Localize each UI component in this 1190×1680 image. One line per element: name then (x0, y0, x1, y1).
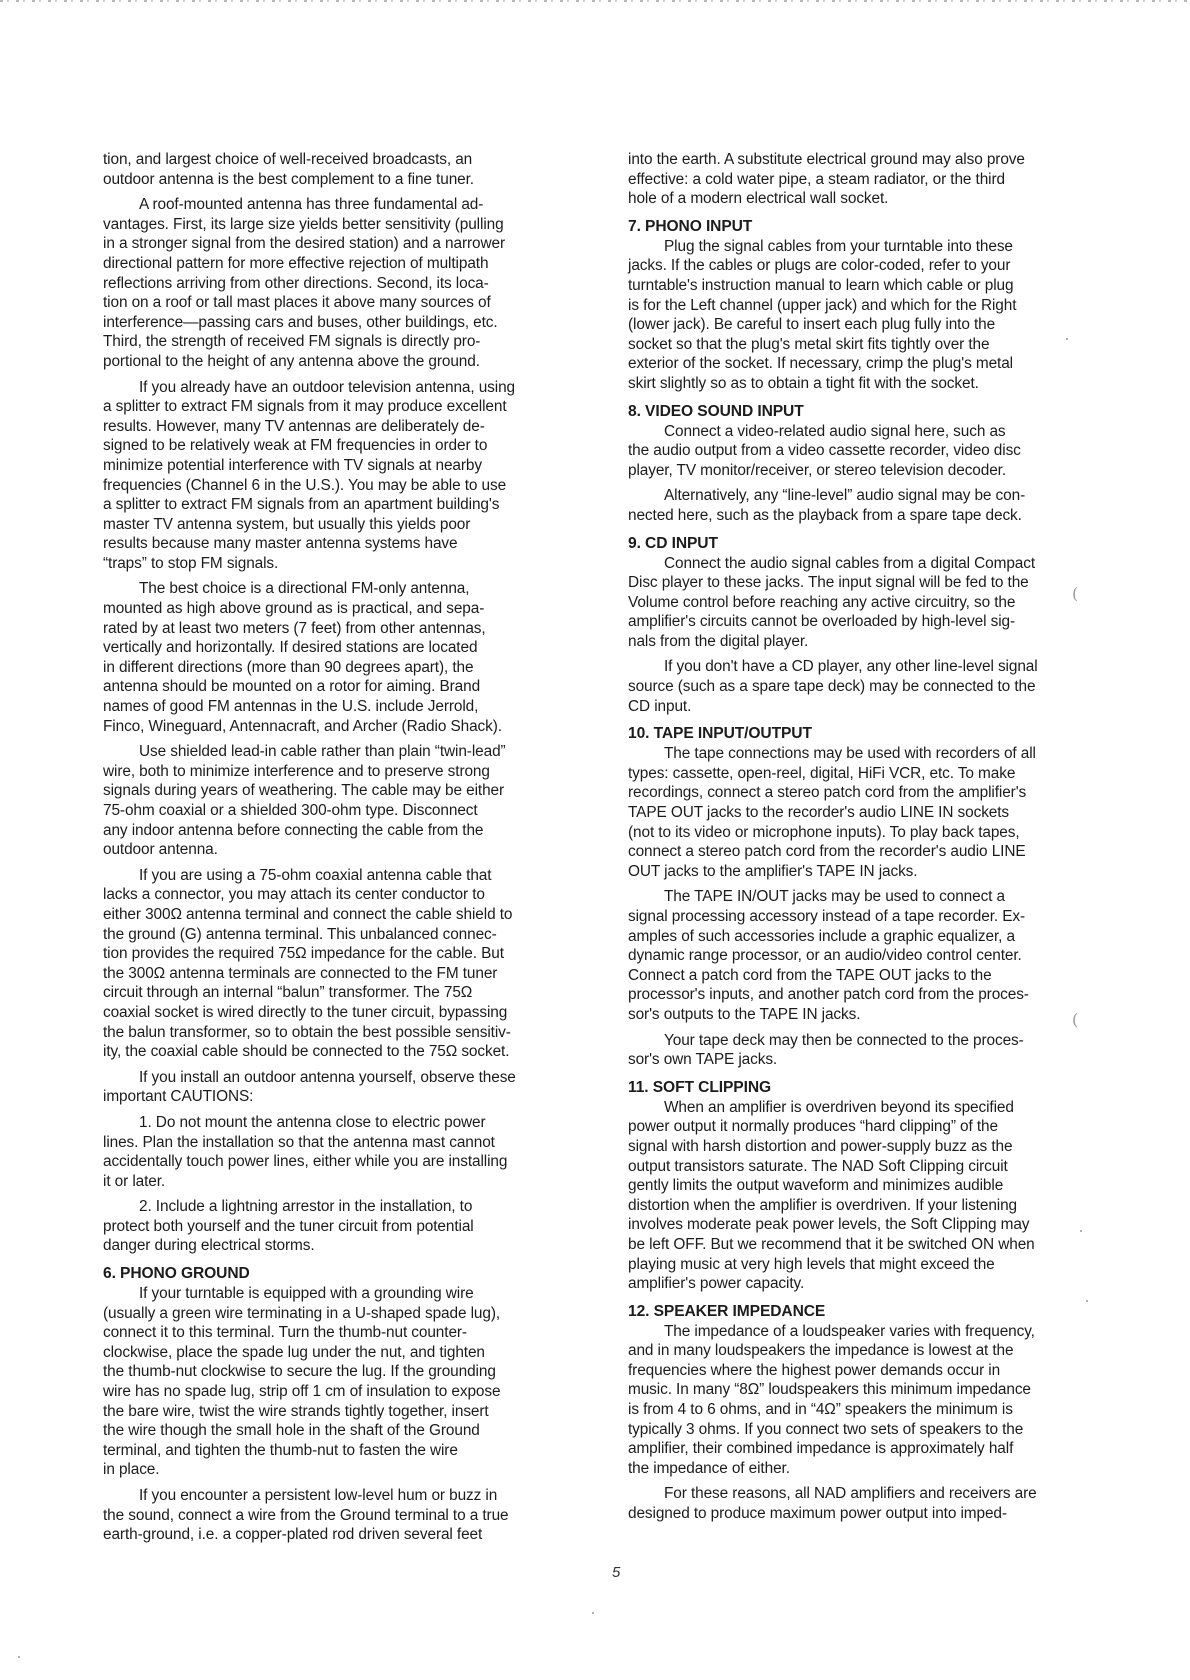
text-line: circuit through an internal “balun” tran… (103, 983, 593, 1003)
scan-speck (1066, 338, 1068, 340)
text-line: master TV antenna system, but usually th… (103, 515, 593, 535)
text-line: in a stronger signal from the desired st… (103, 234, 593, 254)
text-line: The impedance of a loudspeaker varies wi… (628, 1322, 1108, 1342)
text-line: Alternatively, any “line-level” audio si… (628, 486, 1108, 506)
section: 12. SPEAKER IMPEDANCEThe impedance of a … (628, 1302, 1108, 1524)
text-line: types: cassette, open-reel, digital, HiF… (628, 764, 1108, 784)
text-line: reflections arriving from other directio… (103, 274, 593, 294)
section: 8. VIDEO SOUND INPUTConnect a video-rela… (628, 402, 1108, 526)
text-line: the bare wire, twist the wire strands ti… (103, 1402, 593, 1422)
right-column: into the earth. A substitute electrical … (628, 150, 1108, 1532)
text-line: Connect a patch cord from the TAPE OUT j… (628, 966, 1108, 986)
text-line: Third, the strength of received FM signa… (103, 332, 593, 352)
text-line: sor's own TAPE jacks. (628, 1050, 1108, 1070)
text-line: be left OFF. But we recommend that it be… (628, 1235, 1108, 1255)
margin-mark: ( (1072, 584, 1078, 603)
text-line: wire, both to minimize interference and … (103, 762, 593, 782)
text-line: earth-ground, i.e. a copper-plated rod d… (103, 1525, 593, 1545)
text-line: gently limits the output waveform and mi… (628, 1176, 1108, 1196)
text-line: the sound, connect a wire from the Groun… (103, 1506, 593, 1526)
text-line: Your tape deck may then be connected to … (628, 1031, 1108, 1051)
text-line: names of good FM antennas in the U.S. in… (103, 697, 593, 717)
text-line: antenna should be mounted on a rotor for… (103, 677, 593, 697)
text-line: recordings, connect a stereo patch cord … (628, 783, 1108, 803)
text-line: the 300Ω antenna terminals are connected… (103, 964, 593, 984)
paragraph: If you encounter a persistent low-level … (103, 1486, 593, 1545)
section-heading: 11. SOFT CLIPPING (628, 1078, 1108, 1097)
text-line: player, TV monitor/receiver, or stereo t… (628, 461, 1108, 481)
text-line: connect a stereo patch cord from the rec… (628, 842, 1108, 862)
section: 7. PHONO INPUTPlug the signal cables fro… (628, 217, 1108, 394)
text-line: results because many master antenna syst… (103, 534, 593, 554)
text-line: amplifier's power capacity. (628, 1274, 1108, 1294)
text-line: power output it normally produces “hard … (628, 1117, 1108, 1137)
text-line: lacks a connector, you may attach its ce… (103, 885, 593, 905)
paragraph: The tape connections may be used with re… (628, 744, 1108, 881)
text-line: is from 4 to 6 ohms, and in “4Ω” speaker… (628, 1400, 1108, 1420)
text-line: If you don't have a CD player, any other… (628, 657, 1108, 677)
section-heading: 7. PHONO INPUT (628, 217, 1108, 236)
paragraph: into the earth. A substitute electrical … (628, 150, 1108, 209)
text-line: The tape connections may be used with re… (628, 744, 1108, 764)
text-line: 1. Do not mount the antenna close to ele… (103, 1113, 593, 1133)
text-line: frequencies where the highest power dema… (628, 1361, 1108, 1381)
text-line: accidentally touch power lines, either w… (103, 1152, 593, 1172)
scan-speck (1086, 1300, 1088, 1302)
text-line: skirt slightly so as to obtain a tight f… (628, 374, 1108, 394)
paragraph: Alternatively, any “line-level” audio si… (628, 486, 1108, 525)
text-line: Connect the audio signal cables from a d… (628, 554, 1108, 574)
text-line: outdoor antenna is the best complement t… (103, 170, 593, 190)
text-line: tion provides the required 75Ω impedance… (103, 944, 593, 964)
paragraph: If you already have an outdoor televisio… (103, 378, 593, 574)
text-line: wire has no spade lug, strip off 1 cm of… (103, 1382, 593, 1402)
section: 10. TAPE INPUT/OUTPUTThe tape connection… (628, 724, 1108, 1070)
text-line: directional pattern for more effective r… (103, 254, 593, 274)
text-line: connect it to this terminal. Turn the th… (103, 1323, 593, 1343)
text-line: distortion when the amplifier is overdri… (628, 1196, 1108, 1216)
margin-mark: ( (1072, 1010, 1078, 1029)
left-column: tion, and largest choice of well-receive… (103, 150, 593, 1553)
text-line: ity, the coaxial cable should be connect… (103, 1042, 593, 1062)
text-line: outdoor antenna. (103, 840, 593, 860)
text-line: portional to the height of any antenna a… (103, 352, 593, 372)
paragraph: For these reasons, all NAD amplifiers an… (628, 1484, 1108, 1523)
text-line: If you install an outdoor antenna yourse… (103, 1068, 593, 1088)
paragraph: Your tape deck may then be connected to … (628, 1031, 1108, 1070)
text-line: When an amplifier is overdriven beyond i… (628, 1098, 1108, 1118)
section: 9. CD INPUTConnect the audio signal cabl… (628, 534, 1108, 717)
text-line: sor's outputs to the TAPE IN jacks. (628, 1005, 1108, 1025)
text-line: socket so that the plug's metal skirt fi… (628, 335, 1108, 355)
text-line: in different directions (more than 90 de… (103, 658, 593, 678)
paragraph: A roof-mounted antenna has three fundame… (103, 195, 593, 371)
text-line: output transistors saturate. The NAD Sof… (628, 1157, 1108, 1177)
section-heading: 9. CD INPUT (628, 534, 1108, 553)
text-line: involves moderate peak power levels, the… (628, 1215, 1108, 1235)
text-line: the balun transformer, so to obtain the … (103, 1023, 593, 1043)
text-line: playing music at very high levels that m… (628, 1255, 1108, 1275)
paragraph: Use shielded lead-in cable rather than p… (103, 742, 593, 860)
text-line: lines. Plan the installation so that the… (103, 1133, 593, 1153)
text-line: If you are using a 75-ohm coaxial antenn… (103, 866, 593, 886)
text-line: in place. (103, 1460, 593, 1480)
text-line: jacks. If the cables or plugs are color-… (628, 256, 1108, 276)
text-line: the impedance of either. (628, 1459, 1108, 1479)
text-line: 2. Include a lightning arrestor in the i… (103, 1197, 593, 1217)
text-line: amplifier's circuits cannot be overloade… (628, 612, 1108, 632)
paragraph: tion, and largest choice of well-receive… (103, 150, 593, 189)
scan-speck (1080, 1230, 1082, 1232)
text-line: turntable's instruction manual to learn … (628, 276, 1108, 296)
text-line: signals during years of weathering. The … (103, 781, 593, 801)
text-line: Connect a video-related audio signal her… (628, 422, 1108, 442)
text-line: If you encounter a persistent low-level … (103, 1486, 593, 1506)
section: 11. SOFT CLIPPINGWhen an amplifier is ov… (628, 1078, 1108, 1294)
text-line: any indoor antenna before connecting the… (103, 821, 593, 841)
text-line: 75-ohm coaxial or a shielded 300-ohm typ… (103, 801, 593, 821)
text-line: For these reasons, all NAD amplifiers an… (628, 1484, 1108, 1504)
text-line: the ground (G) antenna terminal. This un… (103, 925, 593, 945)
text-line: is for the Left channel (upper jack) and… (628, 296, 1108, 316)
text-line: mounted as high above ground as is pract… (103, 599, 593, 619)
text-line: Volume control before reaching any activ… (628, 593, 1108, 613)
text-line: Use shielded lead-in cable rather than p… (103, 742, 593, 762)
scan-speck (18, 1656, 20, 1658)
text-line: If you already have an outdoor televisio… (103, 378, 593, 398)
text-line: amples of such accessories include a gra… (628, 927, 1108, 947)
section-heading: 6. PHONO GROUND (103, 1264, 593, 1283)
text-line: amplifier, their combined impedance is a… (628, 1439, 1108, 1459)
text-line: signed to be relatively weak at FM frequ… (103, 436, 593, 456)
text-line: Finco, Wineguard, Antennacraft, and Arch… (103, 717, 593, 737)
text-line: it or later. (103, 1172, 593, 1192)
text-line: (not to its video or microphone inputs).… (628, 823, 1108, 843)
text-line: tion on a roof or tall mast places it ab… (103, 293, 593, 313)
paragraph: 1. Do not mount the antenna close to ele… (103, 1113, 593, 1191)
text-line: danger during electrical storms. (103, 1236, 593, 1256)
page-number: 5 (612, 1564, 620, 1581)
section-heading: 10. TAPE INPUT/OUTPUT (628, 724, 1108, 743)
text-line: into the earth. A substitute electrical … (628, 150, 1108, 170)
text-line: (lower jack). Be careful to insert each … (628, 315, 1108, 335)
text-line: nected here, such as the playback from a… (628, 506, 1108, 526)
text-line: “traps” to stop FM signals. (103, 554, 593, 574)
text-line: minimize potential interference with TV … (103, 456, 593, 476)
text-line: typically 3 ohms. If you connect two set… (628, 1420, 1108, 1440)
paragraph: The best choice is a directional FM-only… (103, 579, 593, 736)
section-heading: 12. SPEAKER IMPEDANCE (628, 1302, 1108, 1321)
text-line: If your turntable is equipped with a gro… (103, 1284, 593, 1304)
text-line: dynamic range processor, or an audio/vid… (628, 946, 1108, 966)
paragraph: If you don't have a CD player, any other… (628, 657, 1108, 716)
text-line: The TAPE IN/OUT jacks may be used to con… (628, 887, 1108, 907)
text-line: source (such as a spare tape deck) may b… (628, 677, 1108, 697)
text-line: important CAUTIONS: (103, 1087, 593, 1107)
text-line: processor's inputs, and another patch co… (628, 985, 1108, 1005)
text-line: coaxial socket is wired directly to the … (103, 1003, 593, 1023)
scan-speck (592, 1612, 594, 1614)
text-line: designed to produce maximum power output… (628, 1504, 1108, 1524)
paragraph: The impedance of a loudspeaker varies wi… (628, 1322, 1108, 1479)
text-line: either 300Ω antenna terminal and connect… (103, 905, 593, 925)
paragraph: 2. Include a lightning arrestor in the i… (103, 1197, 593, 1256)
text-line: TAPE OUT jacks to the recorder's audio L… (628, 803, 1108, 823)
text-line: the wire though the small hole in the sh… (103, 1421, 593, 1441)
text-line: Plug the signal cables from your turntab… (628, 237, 1108, 257)
paragraph: Connect the audio signal cables from a d… (628, 554, 1108, 652)
section: 6. PHONO GROUNDIf your turntable is equi… (103, 1264, 593, 1545)
text-line: the thumb-nut clockwise to secure the lu… (103, 1362, 593, 1382)
text-line: Disc player to these jacks. The input si… (628, 573, 1108, 593)
text-line: effective: a cold water pipe, a steam ra… (628, 170, 1108, 190)
scan-edge-artifact (0, 0, 1190, 2)
text-line: terminal, and tighten the thumb-nut to f… (103, 1441, 593, 1461)
paragraph: The TAPE IN/OUT jacks may be used to con… (628, 887, 1108, 1024)
text-line: results. However, many TV antennas are d… (103, 417, 593, 437)
text-line: signal processing accessory instead of a… (628, 907, 1108, 927)
text-line: interference—passing cars and buses, oth… (103, 313, 593, 333)
text-line: vertically and horizontally. If desired … (103, 638, 593, 658)
section-heading: 8. VIDEO SOUND INPUT (628, 402, 1108, 421)
text-line: CD input. (628, 697, 1108, 717)
text-line: (usually a green wire terminating in a U… (103, 1304, 593, 1324)
text-line: music. In many “8Ω” loudspeakers this mi… (628, 1380, 1108, 1400)
text-line: The best choice is a directional FM-only… (103, 579, 593, 599)
paragraph: If your turntable is equipped with a gro… (103, 1284, 593, 1480)
text-line: a splitter to extract FM signals from it… (103, 397, 593, 417)
text-line: vantages. First, its large size yields b… (103, 215, 593, 235)
paragraph: If you are using a 75-ohm coaxial antenn… (103, 866, 593, 1062)
text-line: a splitter to extract FM signals from an… (103, 495, 593, 515)
text-line: tion, and largest choice of well-receive… (103, 150, 593, 170)
paragraph: If you install an outdoor antenna yourse… (103, 1068, 593, 1107)
text-line: clockwise, place the spade lug under the… (103, 1343, 593, 1363)
text-line: protect both yourself and the tuner circ… (103, 1217, 593, 1237)
paragraph: Plug the signal cables from your turntab… (628, 237, 1108, 394)
text-line: rated by at least two meters (7 feet) fr… (103, 619, 593, 639)
paragraph: Connect a video-related audio signal her… (628, 422, 1108, 481)
text-line: the audio output from a video cassette r… (628, 441, 1108, 461)
text-line: A roof-mounted antenna has three fundame… (103, 195, 593, 215)
paragraph: When an amplifier is overdriven beyond i… (628, 1098, 1108, 1294)
text-line: nals from the digital player. (628, 632, 1108, 652)
text-line: hole of a modern electrical wall socket. (628, 189, 1108, 209)
text-line: and in many loudspeakers the impedance i… (628, 1341, 1108, 1361)
text-line: frequencies (Channel 6 in the U.S.). You… (103, 476, 593, 496)
text-line: signal with harsh distortion and power-s… (628, 1137, 1108, 1157)
text-line: OUT jacks to the amplifier's TAPE IN jac… (628, 862, 1108, 882)
text-line: exterior of the socket. If necessary, cr… (628, 354, 1108, 374)
